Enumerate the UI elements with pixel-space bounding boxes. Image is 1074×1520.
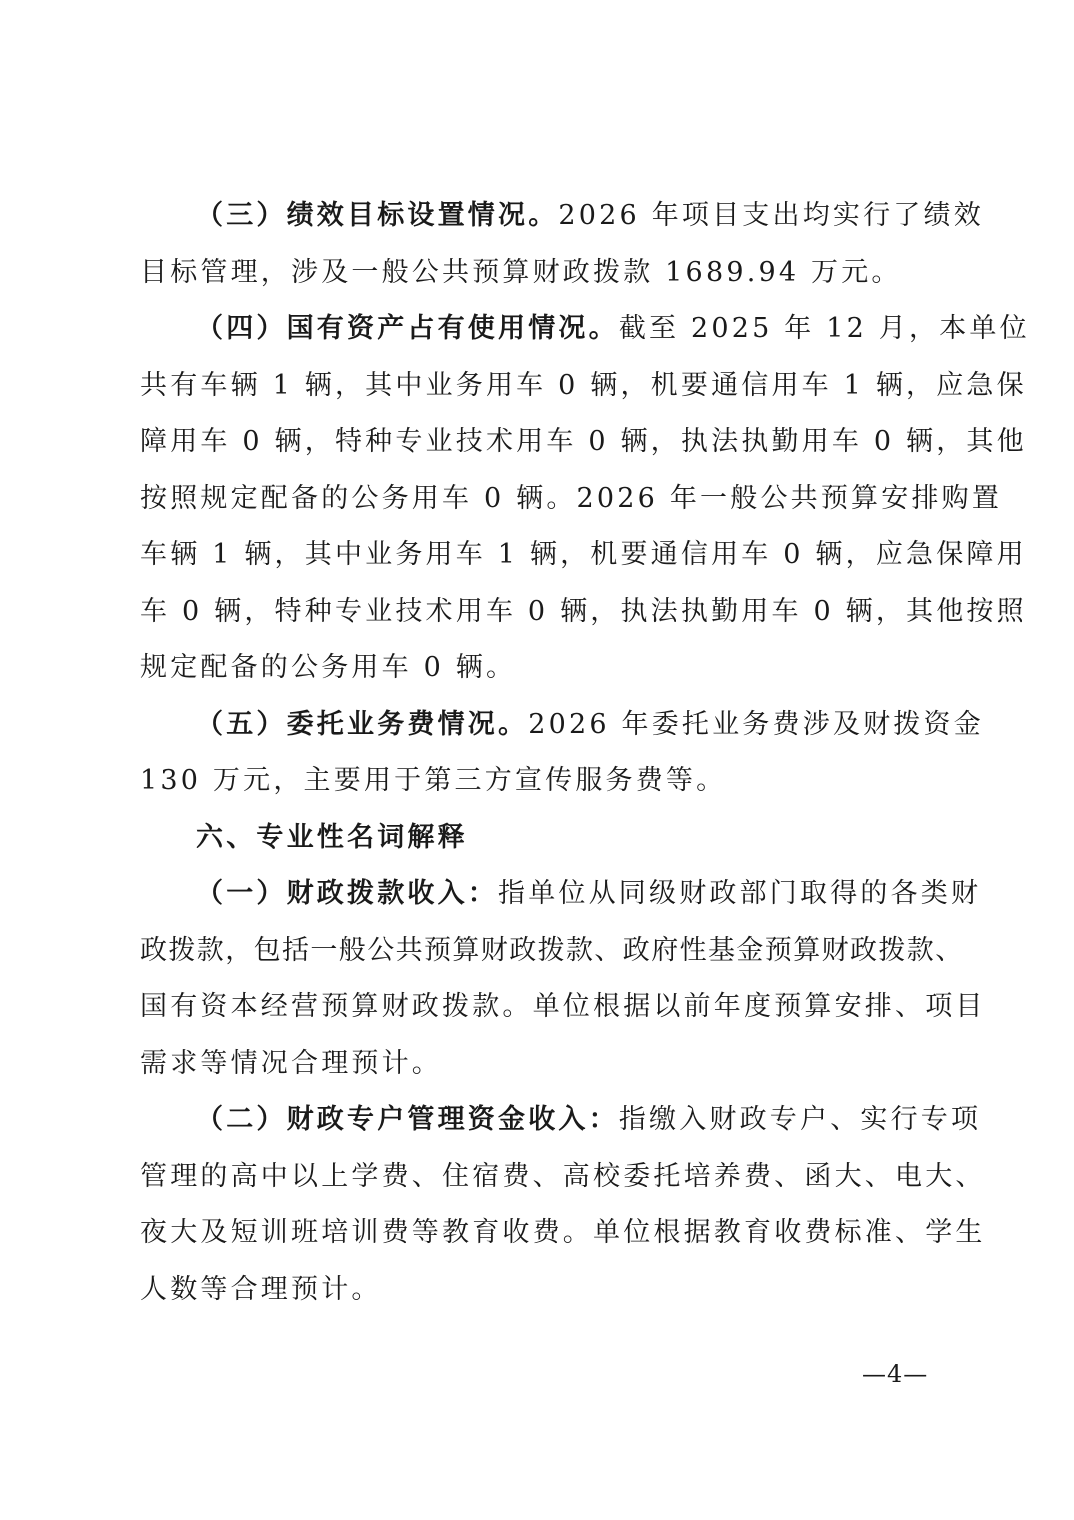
section-lead-performance-goals: （三）绩效目标设置情况。: [196, 200, 558, 231]
section-lead-commissioned-business: （五）委托业务费情况。: [196, 709, 528, 740]
paragraph-state-assets-line-6: 车 0 辆，特种专业技术用车 0 辆，执法执勤用车 0 辆，其他按照: [140, 584, 940, 641]
definition-fiscal-appropriation-line-2: 政拨款，包括一般公共预算财政拨款、政府性基金预算财政拨款、: [140, 923, 940, 980]
definition-term-fiscal-appropriation: （一）财政拨款收入：: [196, 878, 498, 909]
definition-special-account-line-3: 夜大及短训班培训费等教育收费。单位根据教育收费标准、学生: [140, 1205, 940, 1262]
paragraph-performance-goals-line-2: 目标管理，涉及一般公共预算财政拨款 1689.94 万元。: [140, 245, 940, 302]
paragraph-commissioned-business-line-1: （五）委托业务费情况。2026 年委托业务费涉及财拨资金: [140, 697, 940, 754]
page-number: —4—: [862, 1360, 928, 1388]
section-lead-state-assets: （四）国有资产占有使用情况。: [196, 313, 619, 344]
paragraph-state-assets-line-2: 共有车辆 1 辆，其中业务用车 0 辆，机要通信用车 1 辆，应急保: [140, 358, 940, 415]
definition-fiscal-appropriation-line-3: 国有资本经营预算财政拨款。单位根据以前年度预算安排、项目: [140, 979, 940, 1036]
definition-special-account-line-4: 人数等合理预计。: [140, 1262, 940, 1319]
document-page: （三）绩效目标设置情况。2026 年项目支出均实行了绩效 目标管理，涉及一般公共…: [140, 188, 940, 1318]
paragraph-performance-goals-line-1: （三）绩效目标设置情况。2026 年项目支出均实行了绩效: [140, 188, 940, 245]
paragraph-state-assets-line-7: 规定配备的公务用车 0 辆。: [140, 640, 940, 697]
paragraph-state-assets-line-5: 车辆 1 辆，其中业务用车 1 辆，机要通信用车 0 辆，应急保障用: [140, 527, 940, 584]
definition-term-special-account: （二）财政专户管理资金收入：: [196, 1104, 619, 1135]
paragraph-state-assets-line-3: 障用车 0 辆，特种专业技术用车 0 辆，执法执勤用车 0 辆，其他: [140, 414, 940, 471]
definition-fiscal-appropriation-line-1: （一）财政拨款收入：指单位从同级财政部门取得的各类财: [140, 866, 940, 923]
paragraph-state-assets-line-4: 按照规定配备的公务用车 0 辆。2026 年一般公共预算安排购置: [140, 471, 940, 528]
definition-special-account-line-2: 管理的高中以上学费、住宿费、高校委托培养费、函大、电大、: [140, 1149, 940, 1206]
definition-fiscal-appropriation-line-4: 需求等情况合理预计。: [140, 1036, 940, 1093]
section-heading-glossary: 六、专业性名词解释: [140, 810, 940, 867]
paragraph-commissioned-business-line-2: 130 万元，主要用于第三方宣传服务费等。: [140, 753, 940, 810]
paragraph-state-assets-line-1: （四）国有资产占有使用情况。截至 2025 年 12 月，本单位: [140, 301, 940, 358]
definition-special-account-line-1: （二）财政专户管理资金收入：指缴入财政专户、实行专项: [140, 1092, 940, 1149]
